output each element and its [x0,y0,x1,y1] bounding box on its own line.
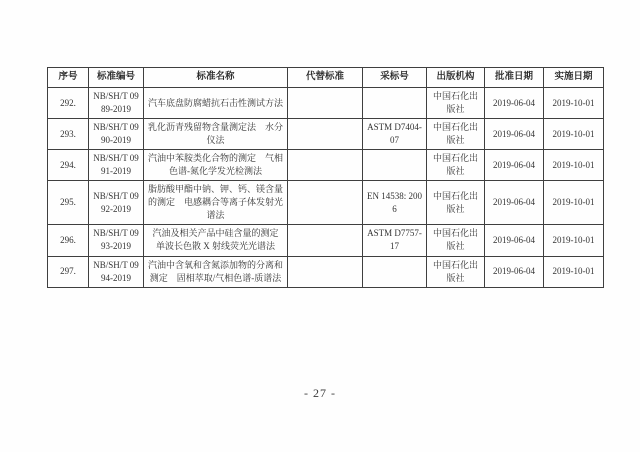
cell-approval-date: 2019-06-04 [485,150,544,181]
cell-replaced-standard [288,256,363,287]
cell-adopted-standard [363,256,427,287]
cell-publisher: 中国石化出版社 [427,150,485,181]
cell-approval-date: 2019-06-04 [485,256,544,287]
cell-publisher: 中国石化出版社 [427,225,485,256]
cell-standard-name: 汽油中含氧和含氮添加物的分离和测定 固相萃取/气相色谱-质谱法 [144,256,288,287]
cell-standard-name: 脂肪酸甲酯中钠、钾、钙、镁含量的测定 电感耦合等离子体发射光谱法 [144,181,288,225]
table-row: 297. NB/SH/T 0994-2019 汽油中含氧和含氮添加物的分离和测定… [48,256,604,287]
cell-replaced-standard [288,88,363,119]
cell-serial: 295. [48,181,89,225]
column-header-standard-code: 标准编号 [89,68,144,88]
cell-standard-code: NB/SH/T 0992-2019 [89,181,144,225]
cell-implementation-date: 2019-10-01 [544,225,604,256]
column-header-implementation-date: 实施日期 [544,68,604,88]
cell-standard-name: 汽油中苯胺类化合物的测定 气相色谱-氮化学发光检测法 [144,150,288,181]
page-number: - 27 - [0,386,640,401]
table-row: 296. NB/SH/T 0993-2019 汽油及相关产品中硅含量的测定 单波… [48,225,604,256]
cell-standard-code: NB/SH/T 0991-2019 [89,150,144,181]
cell-serial: 294. [48,150,89,181]
cell-replaced-standard [288,150,363,181]
cell-adopted-standard: ASTM D7757-17 [363,225,427,256]
cell-adopted-standard [363,150,427,181]
column-header-approval-date: 批准日期 [485,68,544,88]
cell-approval-date: 2019-06-04 [485,181,544,225]
cell-standard-name: 汽车底盘防腐蜡抗石击性测试方法 [144,88,288,119]
cell-standard-code: NB/SH/T 0989-2019 [89,88,144,119]
column-header-replaced-standard: 代替标准 [288,68,363,88]
standards-table: 序号 标准编号 标准名称 代替标准 采标号 出版机构 批准日期 实施日期 292… [47,67,604,288]
scanned-document-page: 序号 标准编号 标准名称 代替标准 采标号 出版机构 批准日期 实施日期 292… [0,0,640,452]
cell-publisher: 中国石化出版社 [427,181,485,225]
cell-standard-code: NB/SH/T 0994-2019 [89,256,144,287]
cell-implementation-date: 2019-10-01 [544,181,604,225]
cell-replaced-standard [288,225,363,256]
cell-serial: 292. [48,88,89,119]
cell-implementation-date: 2019-10-01 [544,256,604,287]
column-header-publisher: 出版机构 [427,68,485,88]
cell-serial: 296. [48,225,89,256]
cell-serial: 297. [48,256,89,287]
column-header-adopted-standard: 采标号 [363,68,427,88]
table-row: 295. NB/SH/T 0992-2019 脂肪酸甲酯中钠、钾、钙、镁含量的测… [48,181,604,225]
cell-publisher: 中国石化出版社 [427,256,485,287]
cell-implementation-date: 2019-10-01 [544,88,604,119]
cell-adopted-standard: EN 14538: 2006 [363,181,427,225]
column-header-serial: 序号 [48,68,89,88]
cell-standard-name: 乳化沥青残留物含量测定法 水分仪法 [144,119,288,150]
cell-publisher: 中国石化出版社 [427,119,485,150]
cell-adopted-standard [363,88,427,119]
cell-standard-code: NB/SH/T 0993-2019 [89,225,144,256]
cell-approval-date: 2019-06-04 [485,225,544,256]
cell-replaced-standard [288,119,363,150]
cell-serial: 293. [48,119,89,150]
cell-adopted-standard: ASTM D7404-07 [363,119,427,150]
cell-implementation-date: 2019-10-01 [544,119,604,150]
column-header-standard-name: 标准名称 [144,68,288,88]
cell-replaced-standard [288,181,363,225]
table-row: 292. NB/SH/T 0989-2019 汽车底盘防腐蜡抗石击性测试方法 中… [48,88,604,119]
table-row: 294. NB/SH/T 0991-2019 汽油中苯胺类化合物的测定 气相色谱… [48,150,604,181]
cell-approval-date: 2019-06-04 [485,88,544,119]
cell-approval-date: 2019-06-04 [485,119,544,150]
cell-implementation-date: 2019-10-01 [544,150,604,181]
cell-standard-name: 汽油及相关产品中硅含量的测定 单波长色散 X 射线荧光光谱法 [144,225,288,256]
table-header-row: 序号 标准编号 标准名称 代替标准 采标号 出版机构 批准日期 实施日期 [48,68,604,88]
cell-publisher: 中国石化出版社 [427,88,485,119]
table-row: 293. NB/SH/T 0990-2019 乳化沥青残留物含量测定法 水分仪法… [48,119,604,150]
cell-standard-code: NB/SH/T 0990-2019 [89,119,144,150]
